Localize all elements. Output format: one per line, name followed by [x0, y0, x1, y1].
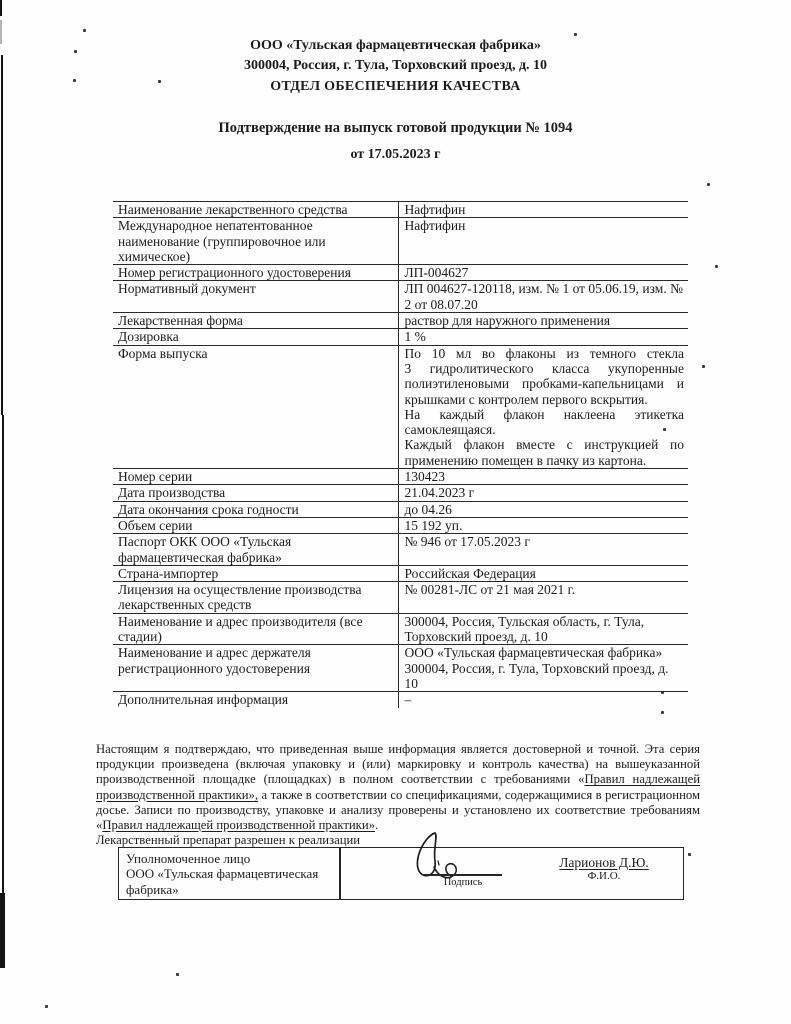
- document-page: ООО «Тульская фармацевтическая фабрика» …: [0, 0, 791, 1024]
- row-label: Объем серии: [113, 517, 398, 533]
- signature-block-divider: [339, 848, 341, 899]
- row-label: Лицензия на осуществление производства л…: [113, 582, 398, 614]
- company-name: ООО «Тульская фармацевтическая фабрика»: [0, 38, 791, 54]
- table-row: Дополнительная информация–: [113, 692, 688, 708]
- row-value: Российская Федерация: [398, 565, 688, 581]
- table-row: Форма выпускаПо 10 мл во флаконы из темн…: [113, 345, 688, 468]
- authorized-person-cell: Уполномоченное лицоООО «Тульская фармаце…: [119, 848, 338, 897]
- row-value: ЛП-004627: [398, 265, 688, 281]
- scan-artifact-left-smudge: [0, 893, 5, 968]
- authorized-person-line: Уполномоченное лицо: [126, 851, 338, 866]
- row-value: 15 192 уп.: [398, 517, 688, 533]
- scan-speck: [574, 33, 577, 36]
- table-row: Дата производства21.04.2023 г: [113, 485, 688, 501]
- table-row: Страна-импортерРоссийская Федерация: [113, 565, 688, 581]
- authorized-person-line: ООО «Тульская фармацевтическая фабрика»: [126, 866, 338, 897]
- gmp-reference: Правил надлежащей производственной практ…: [102, 818, 375, 832]
- row-value: ООО «Тульская фармацевтическая фабрика»3…: [398, 645, 688, 692]
- row-value: Нафтифин: [398, 202, 688, 218]
- department-name: ОТДЕЛ ОБЕСПЕЧЕНИЯ КАЧЕСТВА: [0, 79, 791, 95]
- product-table-body: Наименование лекарственного средстваНафт…: [113, 202, 688, 708]
- scan-speck: [83, 29, 86, 32]
- declaration-segment: .: [375, 818, 378, 832]
- table-row: Паспорт ОКК ООО «Тульская фармацевтическ…: [113, 534, 688, 566]
- table-row: Наименование и адрес держателя регистрац…: [113, 645, 688, 692]
- table-row: Лицензия на осуществление производства л…: [113, 582, 688, 614]
- document-date: от 17.05.2023 г: [0, 147, 791, 163]
- row-value: 21.04.2023 г: [398, 485, 688, 501]
- row-label: Номер серии: [113, 469, 398, 485]
- row-label: Наименование лекарственного средства: [113, 202, 398, 218]
- product-info-table: Наименование лекарственного средстваНафт…: [113, 201, 688, 708]
- row-value: 1 %: [398, 329, 688, 345]
- table-row: Дата окончания срока годностидо 04.26: [113, 501, 688, 517]
- row-label: Международное непатентованное наименован…: [113, 218, 398, 265]
- scan-speck: [702, 365, 705, 368]
- table-row: Наименование и адрес производителя (все …: [113, 613, 688, 645]
- scan-speck: [661, 711, 664, 714]
- table-row: Номер серии130423: [113, 469, 688, 485]
- signature-block: Уполномоченное лицоООО «Тульская фармаце…: [118, 847, 684, 900]
- declaration-text: Настоящим я подтверждаю, что приведенная…: [96, 742, 700, 833]
- row-value: –: [398, 692, 688, 708]
- scan-speck: [707, 183, 710, 186]
- table-row: Объем серии15 192 уп.: [113, 517, 688, 533]
- row-label: Нормативный документ: [113, 281, 398, 313]
- row-value: 130423: [398, 469, 688, 485]
- table-row: Лекарственная формараствор для наружного…: [113, 313, 688, 329]
- table-row: Нормативный документЛП 004627-120118, из…: [113, 281, 688, 313]
- row-label: Дозировка: [113, 329, 398, 345]
- row-value: раствор для наружного применения: [398, 313, 688, 329]
- table-row: Номер регистрационного удостоверенияЛП-0…: [113, 265, 688, 281]
- row-label: Паспорт ОКК ООО «Тульская фармацевтическ…: [113, 534, 398, 566]
- table-row: Международное непатентованное наименован…: [113, 218, 688, 265]
- scan-artifact-left-line: [1, 55, 3, 415]
- company-address: 300004, Россия, г. Тула, Торховский прое…: [0, 58, 791, 74]
- signatory-name-caption: Ф.И.О.: [551, 870, 657, 883]
- document-title: Подтверждение на выпуск готовой продукци…: [0, 120, 791, 137]
- row-label: Страна-импортер: [113, 565, 398, 581]
- row-value: По 10 мл во флаконы из темного стекла 3 …: [398, 345, 688, 468]
- row-label: Номер регистрационного удостоверения: [113, 265, 398, 281]
- scan-speck: [45, 1005, 48, 1008]
- row-value: № 00281-ЛС от 21 мая 2021 г.: [398, 582, 688, 614]
- row-label: Дата производства: [113, 485, 398, 501]
- scan-speck: [688, 853, 691, 856]
- scan-artifact-left-line: [2, 415, 5, 895]
- release-statement: Лекарственный препарат разрешен к реализ…: [96, 833, 700, 848]
- row-label: Дополнительная информация: [113, 692, 398, 708]
- table-row: Дозировка1 %: [113, 329, 688, 345]
- signature-line: [424, 874, 502, 876]
- row-label: Наименование и адрес производителя (все …: [113, 613, 398, 645]
- row-label: Лекарственная форма: [113, 313, 398, 329]
- row-value: Нафтифин: [398, 218, 688, 265]
- scan-speck: [715, 265, 718, 268]
- row-label: Форма выпуска: [113, 345, 398, 468]
- row-label: Дата окончания срока годности: [113, 501, 398, 517]
- table-row: Наименование лекарственного средстваНафт…: [113, 202, 688, 218]
- signatory-name: Ларионов Д.Ю.: [551, 855, 657, 870]
- row-value: 300004, Россия, Тульская область, г. Тул…: [398, 613, 688, 645]
- row-value: ЛП 004627-120118, изм. № 1 от 05.06.19, …: [398, 281, 688, 313]
- row-label: Наименование и адрес держателя регистрац…: [113, 645, 398, 692]
- scan-artifact-left-line: [0, 0, 2, 16]
- signatory-name-block: Ларионов Д.Ю. Ф.И.О.: [551, 855, 657, 883]
- scan-speck: [176, 973, 179, 976]
- signature-caption: Подпись: [418, 877, 508, 888]
- row-value: до 04.26: [398, 501, 688, 517]
- row-value: № 946 от 17.05.2023 г: [398, 534, 688, 566]
